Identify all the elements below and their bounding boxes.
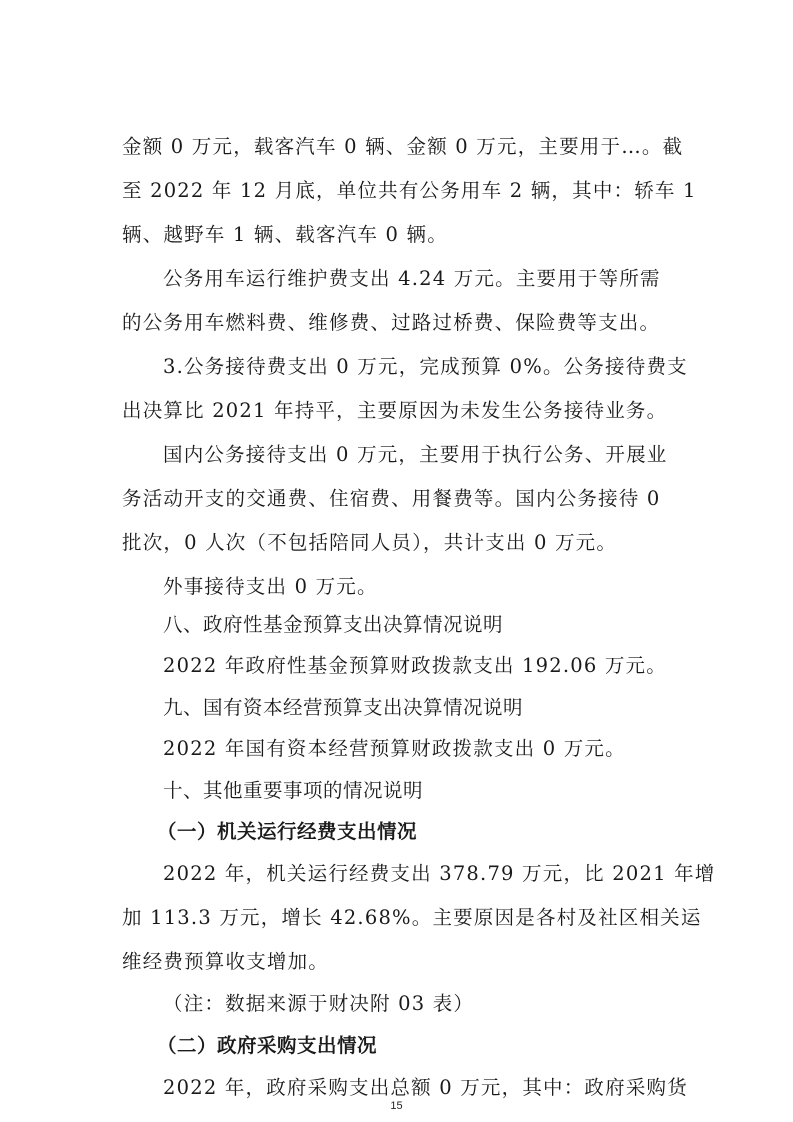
body-line: 维经费预算收支增加。 — [122, 948, 682, 976]
section-heading-9: 九、国有资本经营预算支出决算情况说明 — [163, 694, 683, 722]
note-line: （注：数据来源于财决附 03 表） — [163, 990, 683, 1018]
subsection-heading-1: （一）机关运行经费支出情况 — [157, 818, 677, 846]
body-line: 3.公务接待费支出 0 万元，完成预算 0%。公务接待费支 — [163, 353, 683, 381]
section-heading-10: 十、其他重要事项的情况说明 — [163, 777, 683, 805]
body-line: 至 2022 年 12 月底，单位共有公务用车 2 辆，其中：轿车 1 — [122, 177, 682, 205]
body-line: 务活动开支的交通费、住宿费、用餐费等。国内公务接待 0 — [122, 485, 682, 513]
body-line: 外事接待支出 0 万元。 — [163, 573, 683, 601]
body-line: 的公务用车燃料费、维修费、过路过桥费、保险费等支出。 — [122, 309, 682, 337]
body-line: 2022 年，政府采购支出总额 0 万元，其中：政府采购货 — [163, 1074, 683, 1102]
section-heading-8: 八、政府性基金预算支出决算情况说明 — [163, 611, 683, 639]
subsection-heading-2: （二）政府采购支出情况 — [157, 1032, 677, 1060]
body-line: 国内公务接待支出 0 万元，主要用于执行公务、开展业 — [163, 441, 683, 469]
body-line: 批次，0 人次（不包括陪同人员），共计支出 0 万元。 — [122, 529, 682, 557]
page-number: 15 — [0, 1100, 793, 1112]
body-line: 2022 年国有资本经营预算财政拨款支出 0 万元。 — [163, 735, 683, 763]
body-line: 辆、越野车 1 辆、载客汽车 0 辆。 — [122, 221, 682, 249]
body-line: 2022 年，机关运行经费支出 378.79 万元，比 2021 年增 — [163, 860, 683, 888]
body-line: 加 113.3 万元，增长 42.68%。主要原因是各村及社区相关运 — [122, 904, 682, 932]
body-line: 金额 0 万元，载客汽车 0 辆、金额 0 万元，主要用于…。截 — [122, 133, 682, 161]
body-line: 出决算比 2021 年持平，主要原因为未发生公务接待业务。 — [122, 397, 682, 425]
body-line: 2022 年政府性基金预算财政拨款支出 192.06 万元。 — [163, 652, 683, 680]
body-line: 公务用车运行维护费支出 4.24 万元。主要用于等所需 — [163, 265, 683, 293]
